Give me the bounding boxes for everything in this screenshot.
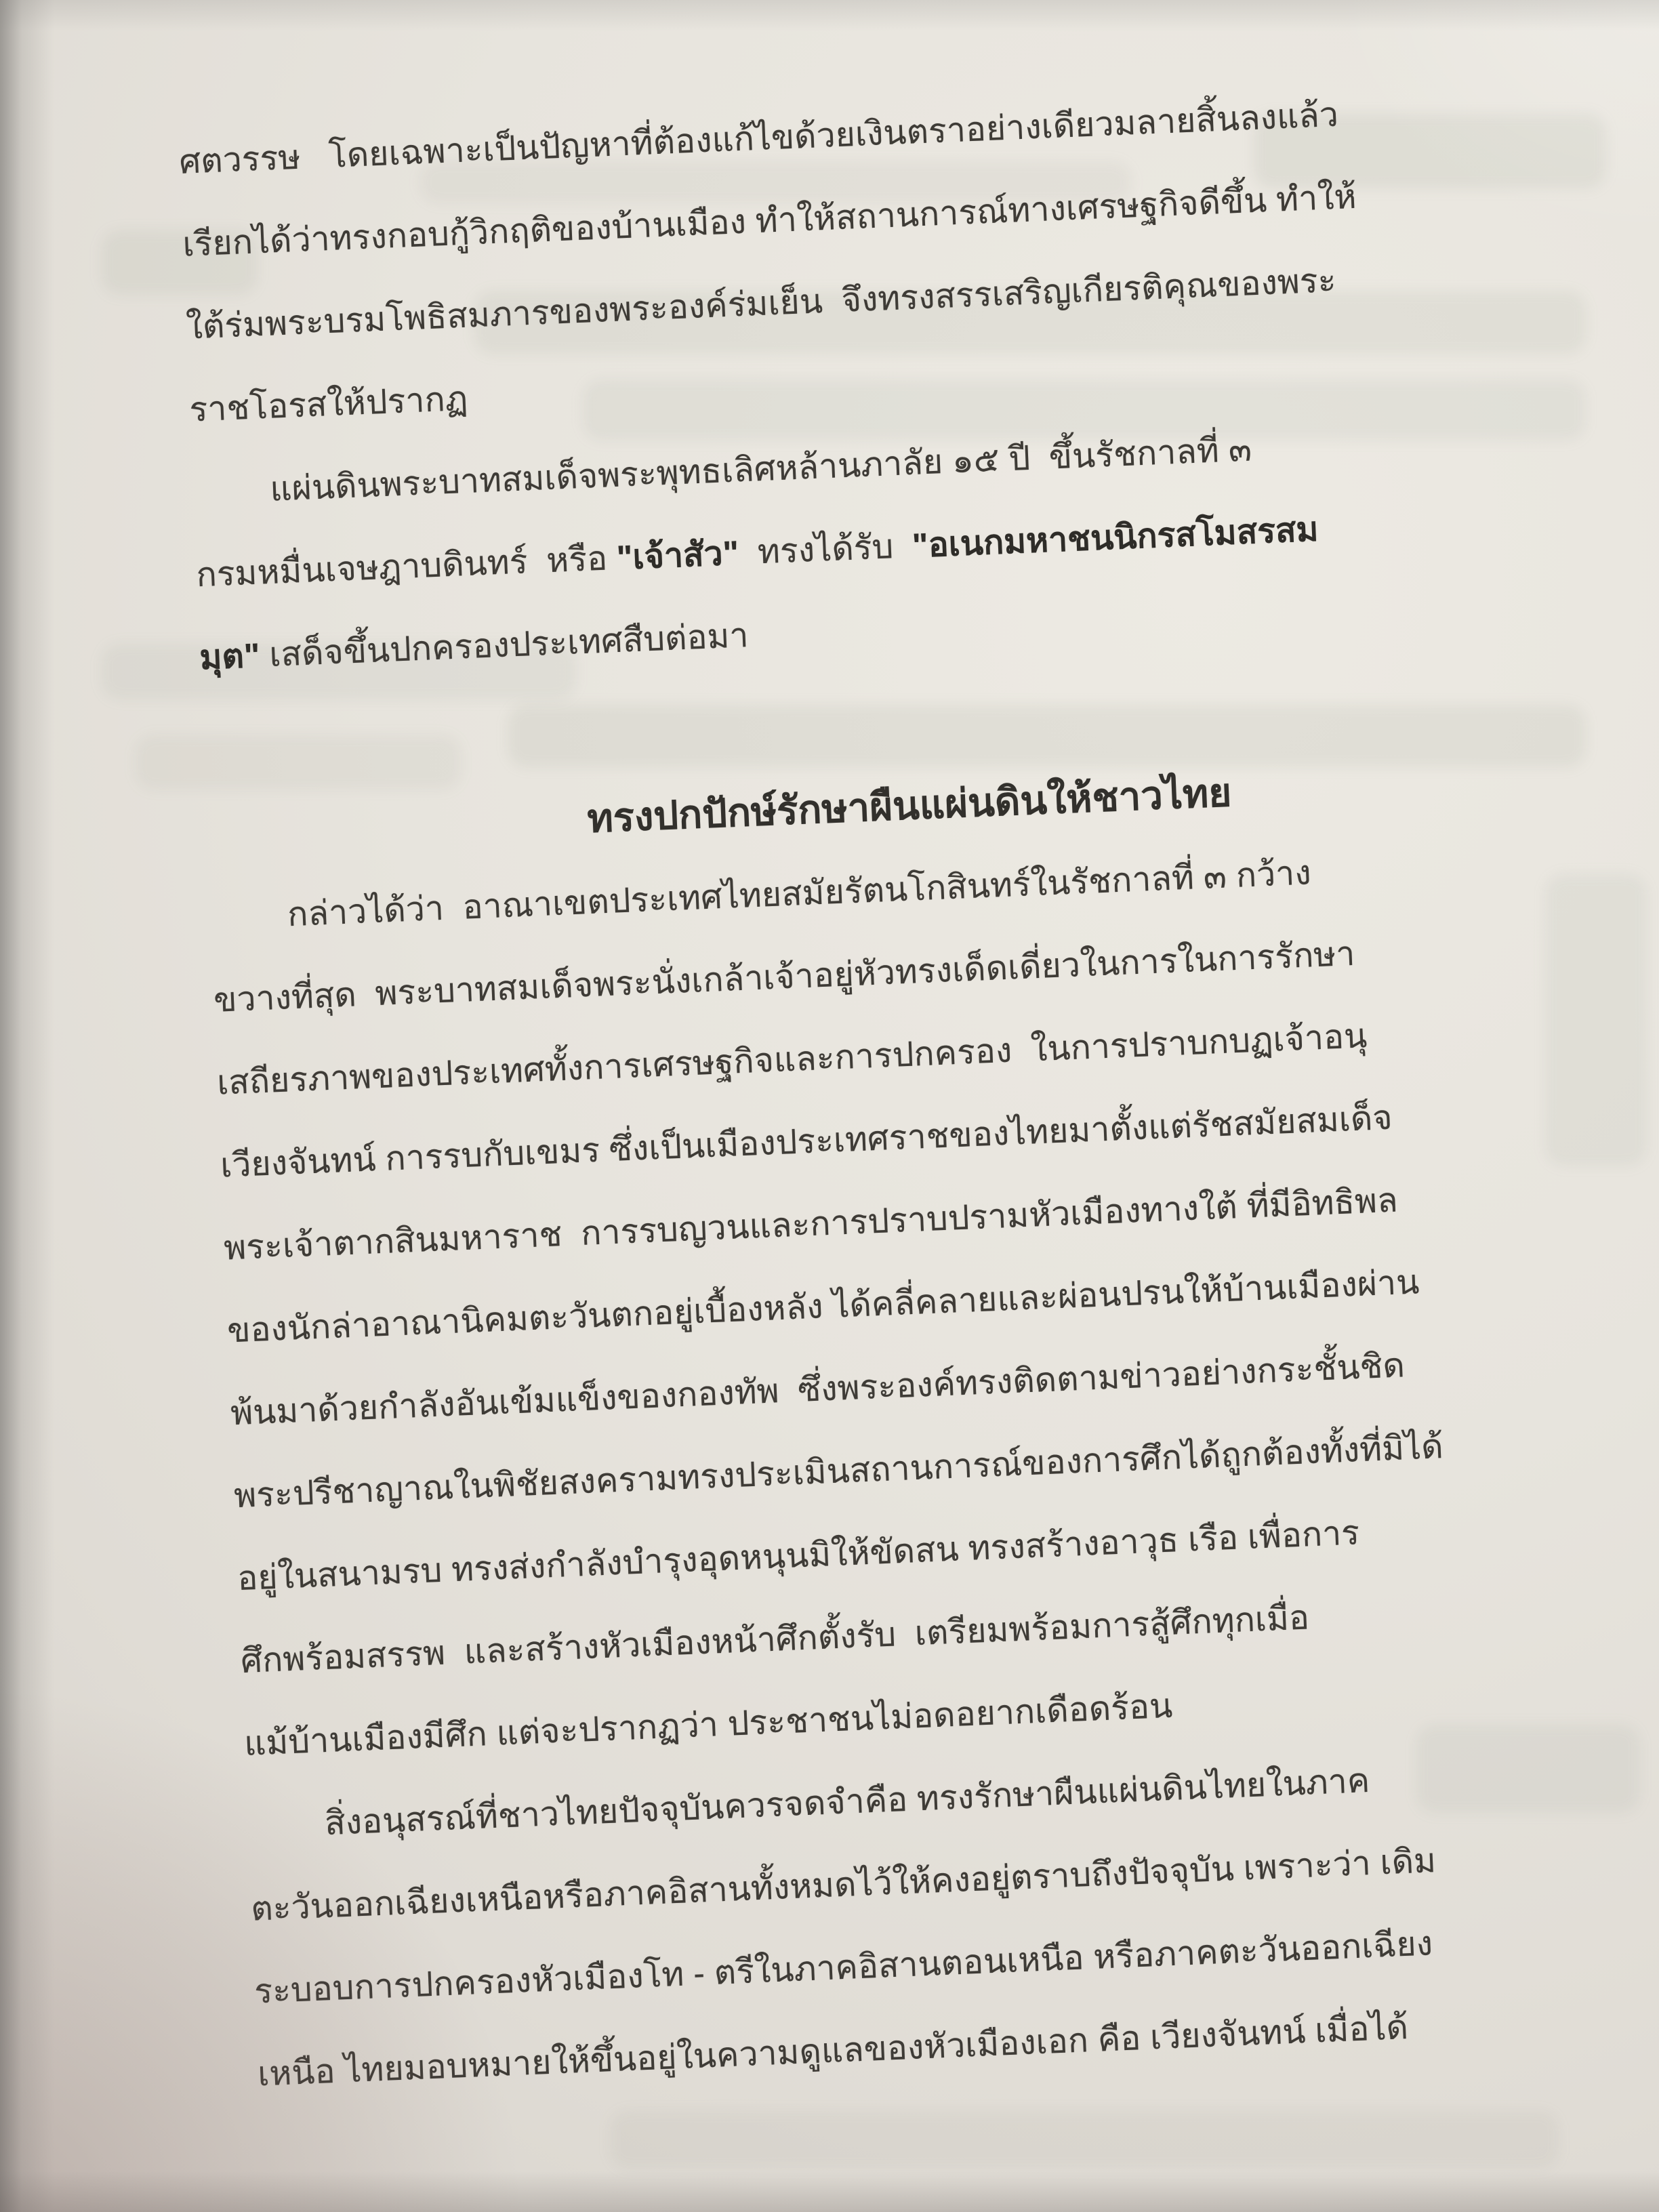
text-segment: ทรงได้รับ — [738, 527, 913, 571]
paper-shadow-corner — [0, 1467, 745, 2212]
paper-edge-shadow — [0, 0, 1659, 31]
page-gutter-shadow — [0, 0, 54, 2212]
text-segment: กรมหมื่นเจษฎาบดินทร์ หรือ — [195, 539, 617, 594]
quoted-name-chao-sua: "เจ้าสัว" — [616, 534, 740, 577]
paper-highlight — [1185, 0, 1659, 339]
quoted-royal-title-continued: มุต" — [199, 636, 260, 677]
text-segment: เสด็จขึ้นปกครองประเทศสืบต่อมา — [259, 616, 749, 674]
quoted-royal-title: "อเนกมหาชนนิกรสโมสรสม — [912, 510, 1319, 565]
paper-edge-shadow — [0, 2171, 1659, 2212]
ink-bleed-smudge — [610, 2111, 1559, 2169]
book-page-photo: ศตวรรษ โดยเฉพาะเป็นปัญหาที่ต้องแก้ไขด้วย… — [0, 0, 1659, 2212]
